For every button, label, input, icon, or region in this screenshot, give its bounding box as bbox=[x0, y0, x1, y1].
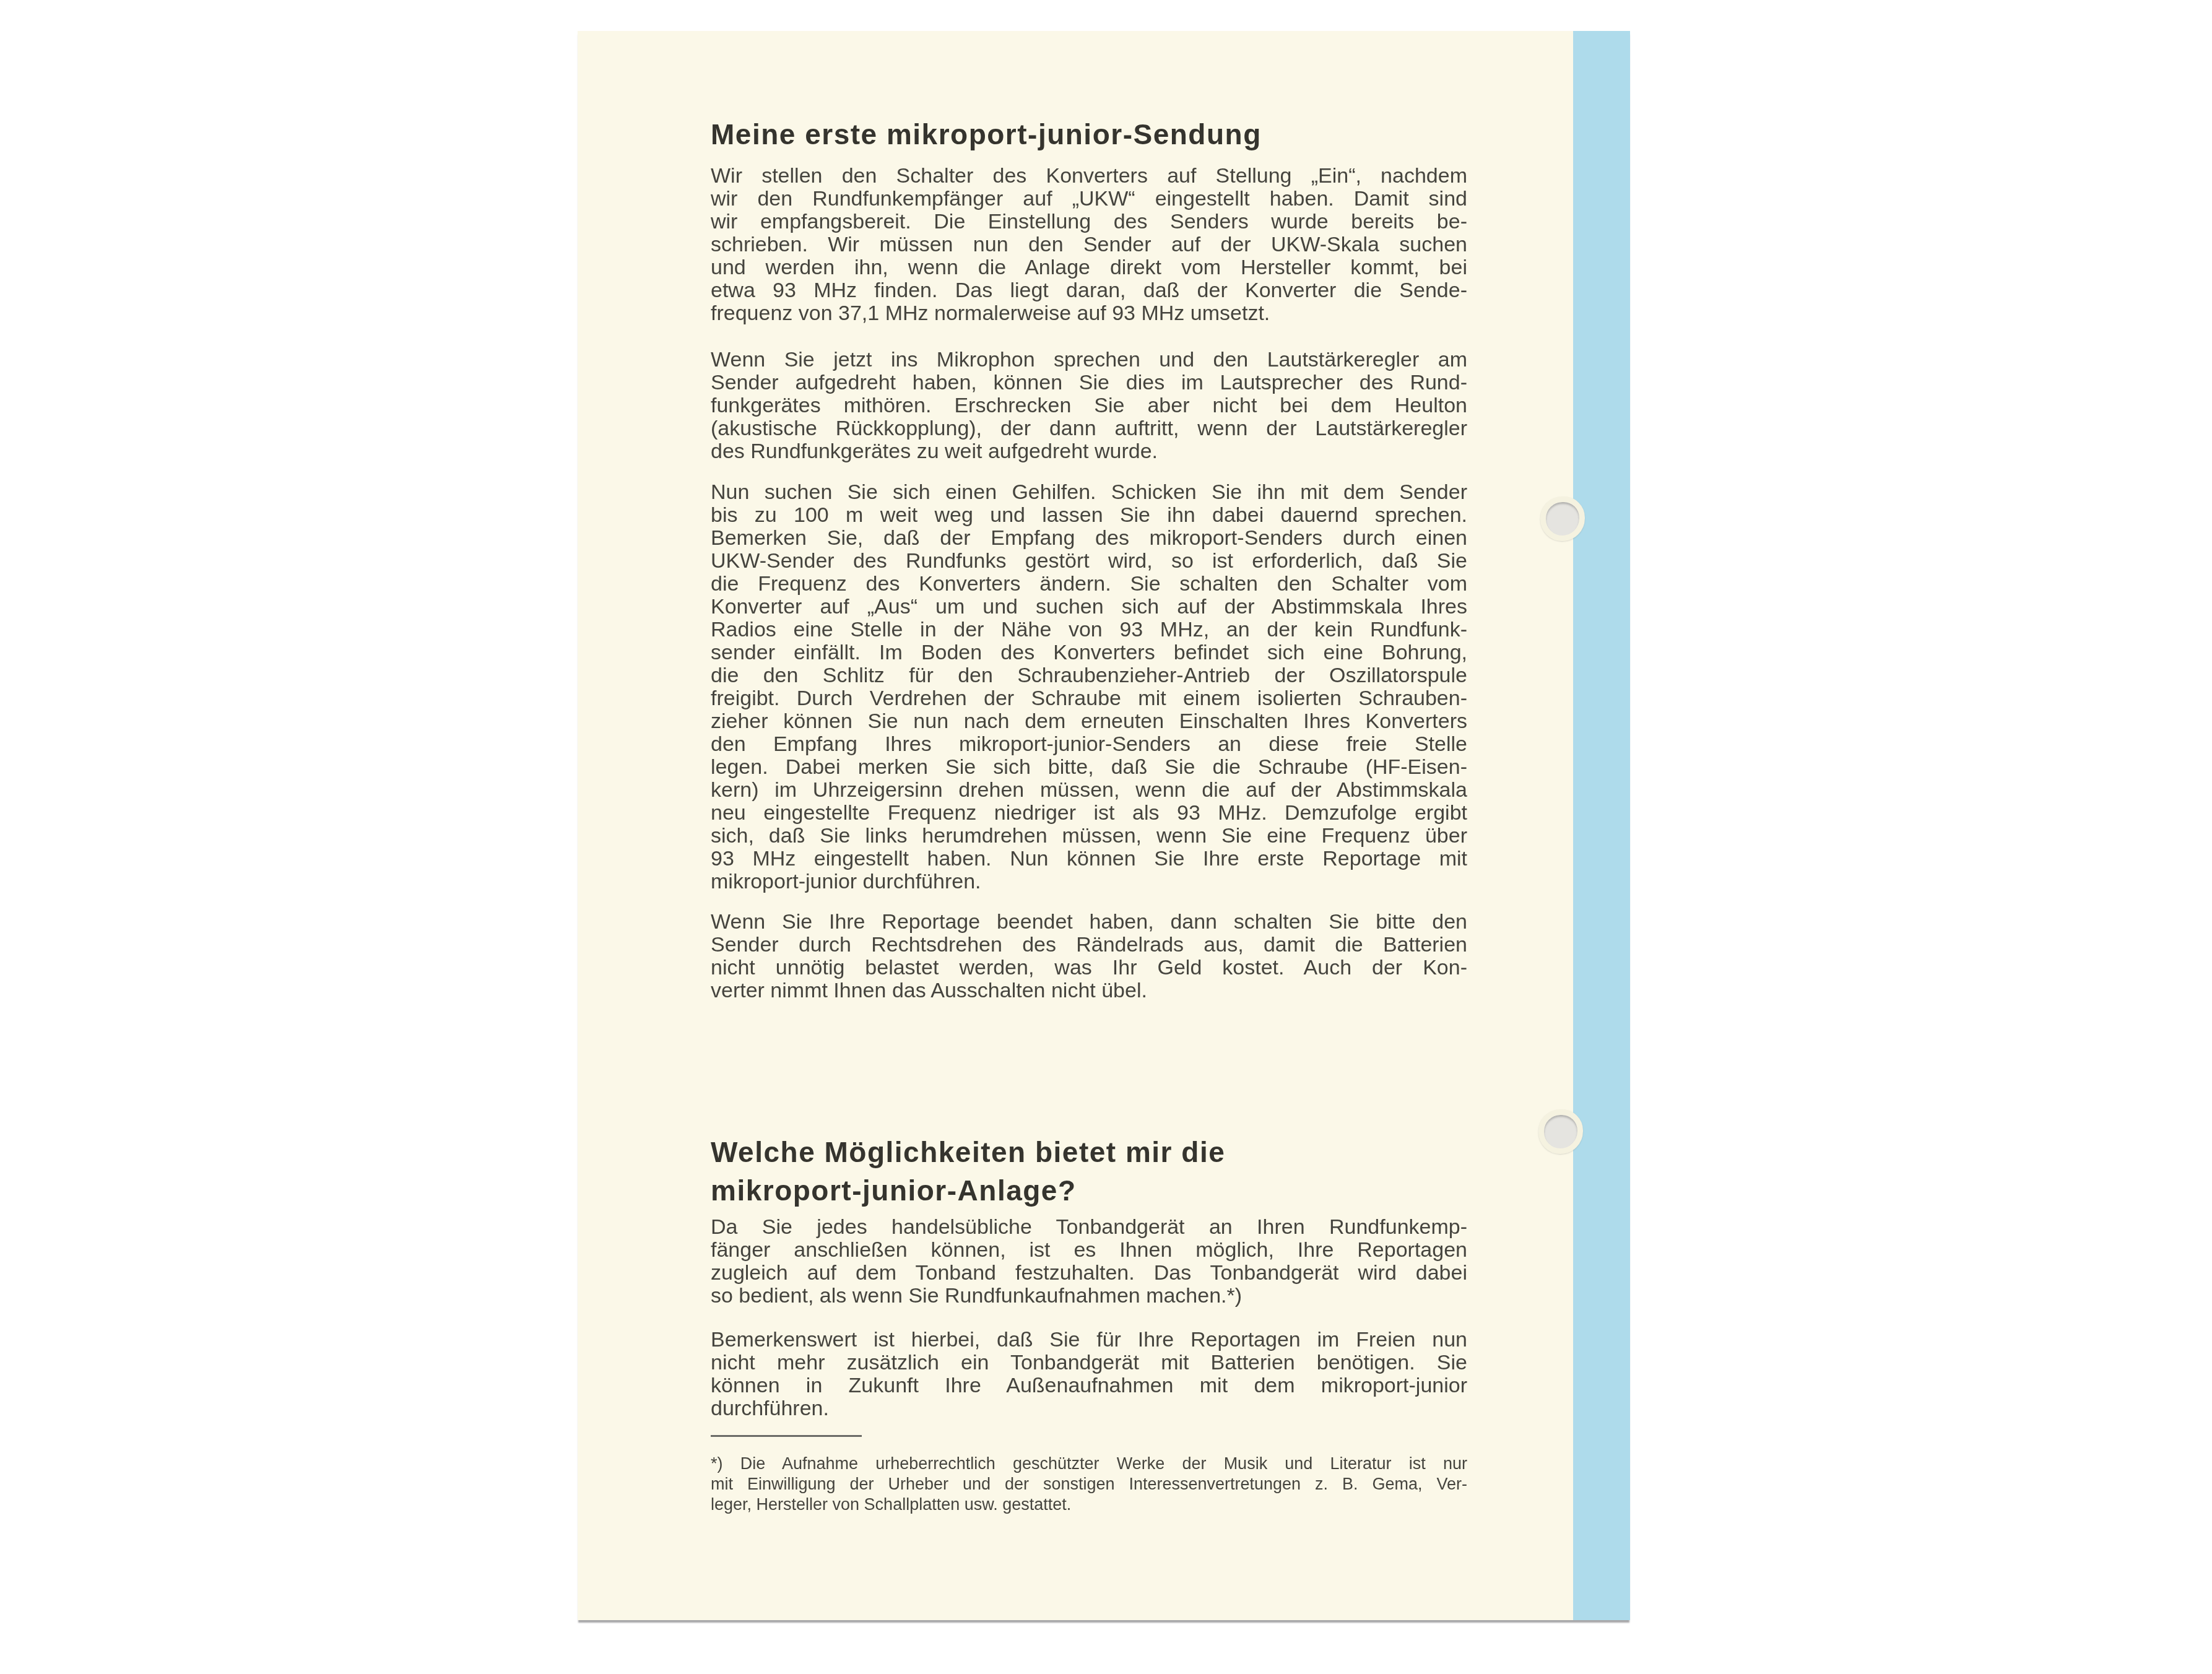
paragraph-converter-setup: Wir stellen den Schalter des Konverters … bbox=[711, 165, 1467, 325]
paragraph-switch-off: Wenn Sie Ihre Reportage beendet haben, d… bbox=[711, 911, 1467, 1002]
paragraph-microphone-feedback: Wenn Sie jetzt ins Mikrophon sprechen un… bbox=[711, 349, 1467, 463]
punch-hole-top bbox=[1540, 497, 1585, 541]
paragraph-outdoor-recording: Bemerkenswert ist hierbei, daß Sie für I… bbox=[711, 1329, 1467, 1420]
scan-canvas: MPJ. 620 Meine erste mikroport-junior-Se… bbox=[0, 0, 2212, 1674]
footnote-divider bbox=[711, 1435, 862, 1437]
paragraph-tape-recorder: Da Sie jedes handelsübliche Tonbandgerät… bbox=[711, 1216, 1467, 1308]
section-heading-first-broadcast: Meine erste mikroport-junior-Sendung bbox=[711, 118, 1467, 151]
footnote-copyright: *) Die Aufnahme urheberrechtlich geschüt… bbox=[711, 1454, 1467, 1515]
blue-edge-stripe: MPJ. 620 bbox=[1573, 31, 1630, 1620]
punch-hole-bottom bbox=[1538, 1109, 1583, 1154]
paragraph-frequency-adjustment: Nun suchen Sie sich einen Gehilfen. Schi… bbox=[711, 481, 1467, 893]
section-heading-possibilities: Welche Möglichkeiten bietet mir diemikro… bbox=[711, 1133, 1467, 1210]
